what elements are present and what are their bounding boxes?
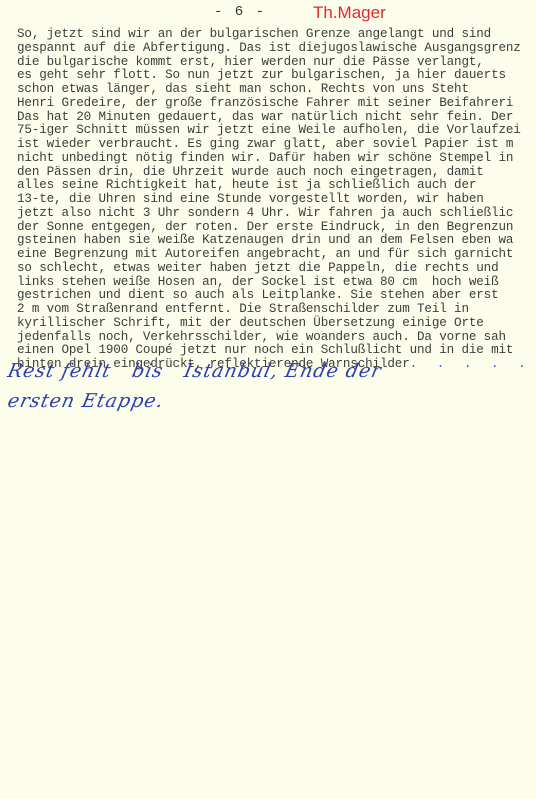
- typed-line: 13-te, die Uhren sind eine Stunde vorges…: [17, 193, 536, 207]
- typed-line: links stehen weiße Hosen an, der Sockel …: [17, 276, 536, 290]
- typed-line: 2 m vom Straßenrand entfernt. Die Straße…: [17, 303, 536, 317]
- typed-line: eine Begrenzung mit Autoreifen angebrach…: [17, 248, 536, 262]
- typed-line: gsteinen haben sie weiße Katzenaugen dri…: [17, 234, 536, 248]
- typed-line: So, jetzt sind wir an der bulgarischen G…: [17, 28, 536, 42]
- typed-line: Das hat 20 Minuten gedauert, das war nat…: [17, 111, 536, 125]
- typed-line: die bulgarische kommt erst, hier werden …: [17, 56, 536, 70]
- typed-line: jetzt also nicht 3 Uhr sondern 4 Uhr. Wi…: [17, 207, 536, 221]
- typed-line: jedenfalls noch, Verkehrsschilder, wie w…: [17, 331, 536, 345]
- typed-line: 75-iger Schnitt müssen wir jetzt eine We…: [17, 124, 536, 138]
- typed-line: so schlecht, etwas weiter haben jetzt di…: [17, 262, 536, 276]
- handwritten-line: ersten Etappe.: [5, 386, 531, 416]
- page-number: - 6 -: [214, 4, 266, 20]
- handwritten-note: Rest fehlt bis Istanbul, Ende der ersten…: [8, 356, 528, 416]
- typed-line: alles seine Richtigkeit hat, heute ist j…: [17, 179, 536, 193]
- page-header: - 6 - Th.Mager: [0, 3, 536, 25]
- typed-line: nicht unbedingt nötig finden wir. Dafür …: [17, 152, 536, 166]
- typed-line: gestrichen und dient so auch als Leitpla…: [17, 289, 536, 303]
- author-tag: Th.Mager: [313, 3, 386, 23]
- typed-line: kyrillischer Schrift, mit der deutschen …: [17, 317, 536, 331]
- typed-line: den Pässen drin, die Uhrzeit wurde auch …: [17, 166, 536, 180]
- typed-line: schon etwas länger, das sieht man schon.…: [17, 83, 536, 97]
- typewritten-body: So, jetzt sind wir an der bulgarischen G…: [17, 28, 536, 372]
- typed-line: es geht sehr flott. So nun jetzt zur bul…: [17, 69, 536, 83]
- typed-line: der Sonne entgegen, der roten. Der erste…: [17, 221, 536, 235]
- typed-line: gespannt auf die Abfertigung. Das ist di…: [17, 42, 536, 56]
- typed-line: Henri Gredeire, der große französische F…: [17, 97, 536, 111]
- typed-line: ist wieder verbraucht. Es ging zwar glat…: [17, 138, 536, 152]
- handwritten-line: Rest fehlt bis Istanbul, Ende der: [5, 356, 531, 386]
